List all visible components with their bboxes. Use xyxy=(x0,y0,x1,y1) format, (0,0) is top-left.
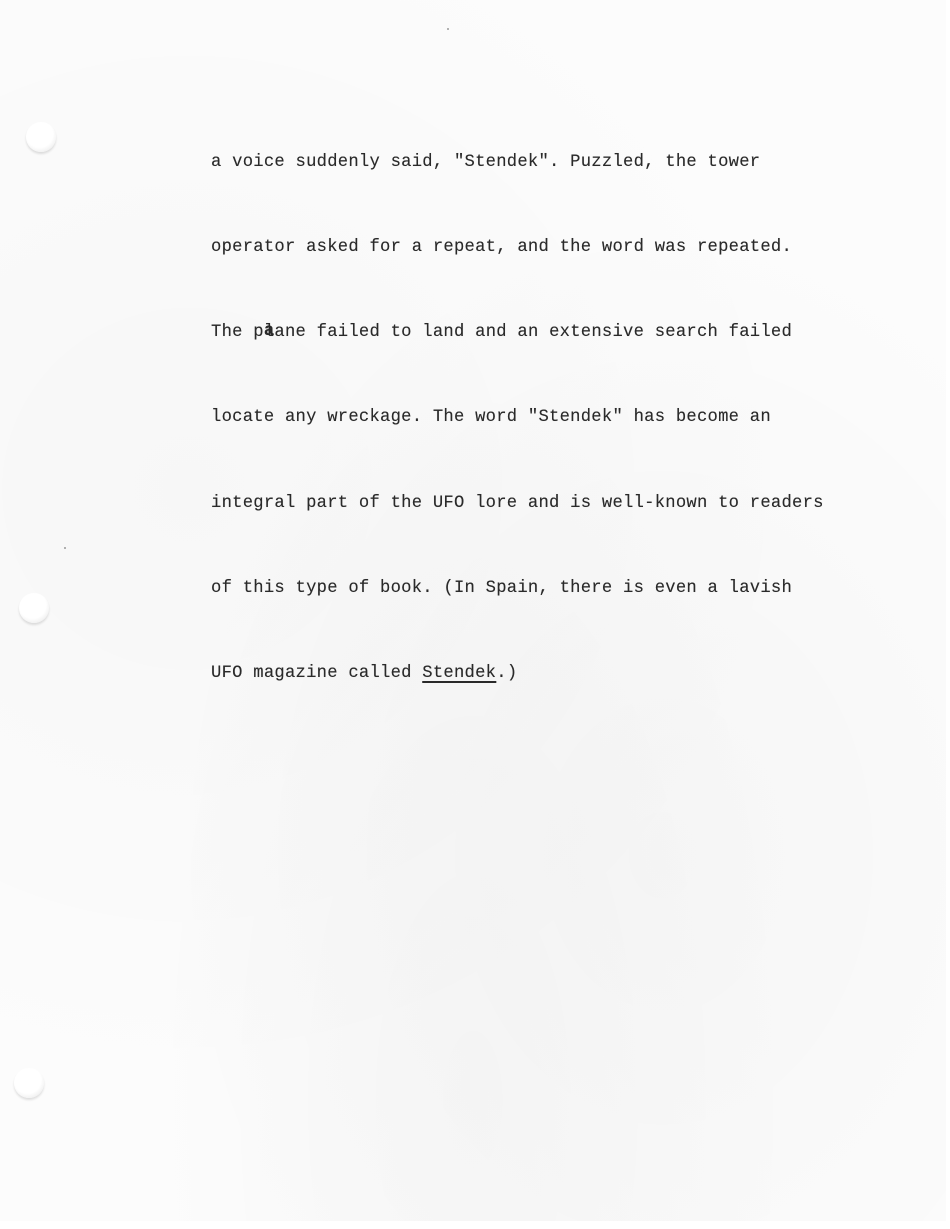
scan-background-bottom xyxy=(0,1221,950,1229)
paper-speck xyxy=(447,28,449,30)
text-line: The plaane failed to land and an extensi… xyxy=(211,319,911,347)
text-line: integral part of the UFO lore and is wel… xyxy=(211,490,911,518)
typewritten-page: a voice suddenly said, "Stendek". Puzzle… xyxy=(0,0,946,1222)
overstruck-character: la xyxy=(264,319,275,347)
text-fragment: UFO magazine called xyxy=(211,664,422,683)
typed-paragraph: a voice suddenly said, "Stendek". Puzzle… xyxy=(211,92,911,745)
text-fragment: The p xyxy=(211,323,264,342)
punch-hole-middle xyxy=(19,593,49,623)
punch-hole-bottom xyxy=(14,1068,44,1098)
underlined-magazine-title: Stendek xyxy=(422,664,496,683)
text-fragment: .) xyxy=(496,664,517,683)
text-line: of this type of book. (In Spain, there i… xyxy=(211,575,911,603)
paper-speck xyxy=(64,547,66,549)
text-line: UFO magazine called Stendek.) xyxy=(211,660,911,688)
text-line: locate any wreckage. The word "Stendek" … xyxy=(211,404,911,432)
punch-hole-top xyxy=(26,122,56,152)
text-line: operator asked for a repeat, and the wor… xyxy=(211,234,911,262)
text-fragment: ane failed to land and an extensive sear… xyxy=(274,323,792,342)
text-line: a voice suddenly said, "Stendek". Puzzle… xyxy=(211,149,911,177)
overtyped-character: a xyxy=(264,318,275,346)
scan-background-right xyxy=(946,0,950,1229)
